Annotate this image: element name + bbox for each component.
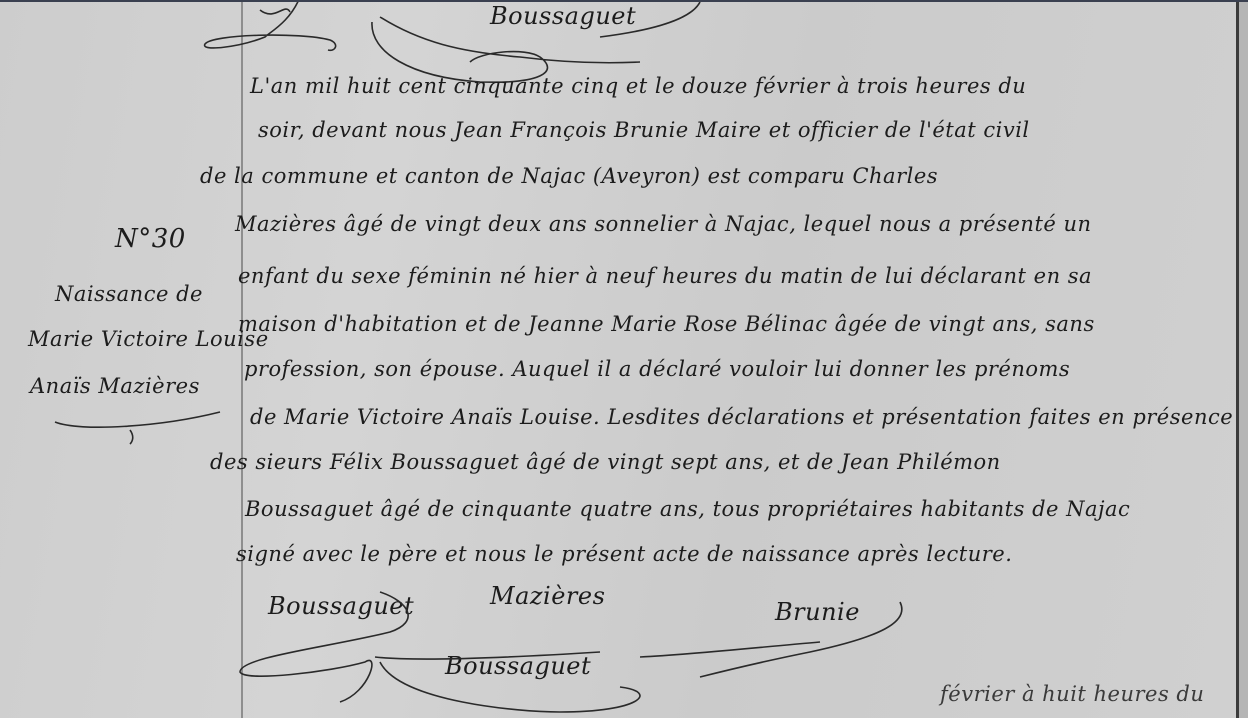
margin-title-line-2: Marie Victoire Louise	[28, 327, 269, 351]
next-record-fragment: février à huit heures du	[940, 682, 1204, 706]
margin-title-line-1: Naissance de	[55, 282, 203, 306]
body-line-3: de la commune et canton de Najac (Aveyro…	[200, 164, 938, 188]
body-line-7: profession, son épouse. Auquel il a décl…	[244, 357, 1070, 381]
body-line-4: Mazières âgé de vingt deux ans sonnelier…	[235, 212, 1092, 236]
body-line-9: des sieurs Félix Boussaguet âgé de vingt…	[210, 450, 1001, 474]
record-number: N°30	[115, 224, 186, 254]
margin-title-line-3: Anaïs Mazières	[30, 374, 200, 398]
body-line-5: enfant du sexe féminin né hier à neuf he…	[238, 264, 1092, 288]
body-line-2: soir, devant nous Jean François Brunie M…	[258, 118, 1030, 142]
body-line-10: Boussaguet âgé de cinquante quatre ans, …	[245, 497, 1130, 521]
body-line-8: de Marie Victoire Anaïs Louise. Lesdites…	[250, 405, 1233, 429]
body-line-6: maison d'habitation et de Jeanne Marie R…	[238, 312, 1095, 336]
previous-record-signature: Boussaguet	[490, 2, 636, 30]
document-scan: Boussaguet N°30 Naissance de Marie Victo…	[0, 0, 1248, 718]
body-line-1: L'an mil huit cent cinquante cinq et le …	[250, 74, 1026, 98]
